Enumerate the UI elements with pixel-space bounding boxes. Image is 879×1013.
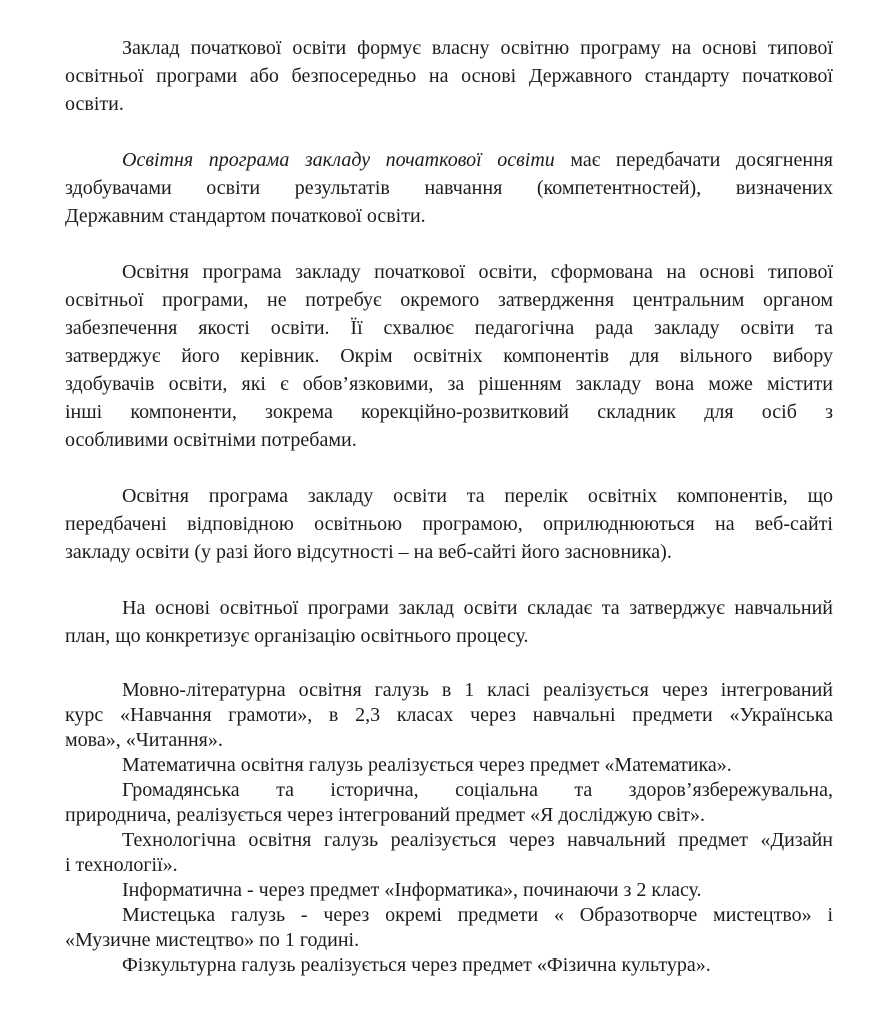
text-line: забезпечення якості освіти. Її схвалює п… [65,314,833,342]
text-line: освіти. [65,90,833,118]
text-line: план, що конкретизує організацію освітнь… [65,622,833,650]
paragraph-1: Заклад початкової освіти формує власну о… [65,34,833,118]
text-segment: освітньої програми або безпосередньо на … [65,65,833,87]
text-line: курс «Навчання грамоти», в 2,3 класах че… [65,703,833,728]
text-segment: Освітня програма закладу освіти та перел… [122,485,833,507]
text-segment: закладу освіти (у разі його відсутності … [65,541,672,563]
text-line: природнича, реалізується через інтегрова… [65,803,833,828]
text-segment: забезпечення якості освіти. Її схвалює п… [65,317,833,339]
text-line: Освітня програма закладу початкової осві… [65,258,833,286]
text-line: здобувачів освіти, які є обов’язковими, … [65,370,833,398]
text-segment: інші компоненти, зокрема корекційно-розв… [65,401,833,423]
text-line: Технологічна освітня галузь реалізується… [65,828,833,853]
text-line: освітньої програми або безпосередньо на … [65,62,833,90]
text-line: Мистецька галузь - через окремі предмети… [65,903,833,928]
text-line: освітньої програми, не потребує окремого… [65,286,833,314]
text-segment: Мовно-літературна освітня галузь в 1 кла… [122,679,833,701]
text-line: і технології». [65,853,833,878]
text-segment: курс «Навчання грамоти», в 2,3 класах че… [65,704,833,726]
paragraph-10: Інформатична - через предмет «Інформатик… [65,878,833,903]
document-text-block: Заклад початкової освіти формує власну о… [65,34,833,978]
text-segment: мова», «Читання». [65,729,223,751]
text-line: здобувачами освіти результатів навчання … [65,174,833,202]
text-line: Державним стандартом початкової освіти. [65,202,833,230]
text-segment: має передбачати досягнення [555,149,833,171]
text-line: Освітня програма закладу початкової осві… [65,146,833,174]
text-line: Інформатична - через предмет «Інформатик… [65,878,833,903]
paragraph-3: Освітня програма закладу початкової осві… [65,258,833,454]
text-segment: Заклад початкової освіти формує власну о… [122,37,833,59]
text-line: Фізкультурна галузь реалізується через п… [65,953,833,978]
text-line: На основі освітньої програми заклад осві… [65,594,833,622]
paragraph-5: На основі освітньої програми заклад осві… [65,594,833,650]
text-segment: освіти. [65,93,124,115]
paragraph-12: Фізкультурна галузь реалізується через п… [65,953,833,978]
text-segment: і технології». [65,854,178,876]
text-line: передбачені відповідною освітньою програ… [65,510,833,538]
text-segment: здобувачами освіти результатів навчання … [65,177,833,199]
text-segment: Математична освітня галузь реалізується … [122,754,732,776]
paragraph-9: Технологічна освітня галузь реалізується… [65,828,833,878]
italic-text-segment: Освітня програма закладу початкової осві… [122,149,555,171]
text-segment: затверджує його керівник. Окрім освітніх… [65,345,833,367]
text-segment: Технологічна освітня галузь реалізується… [122,829,833,851]
paragraph-2: Освітня програма закладу початкової осві… [65,146,833,230]
text-segment: природнича, реалізується через інтегрова… [65,804,705,826]
text-line: «Музичне мистецтво» по 1 годині. [65,928,833,953]
text-segment: «Музичне мистецтво» по 1 годині. [65,929,359,951]
text-line: Математична освітня галузь реалізується … [65,753,833,778]
text-segment: Державним стандартом початкової освіти. [65,205,426,227]
text-segment: здобувачів освіти, які є обов’язковими, … [65,373,833,395]
text-segment: особливими освітніми потребами. [65,429,357,451]
text-line: мова», «Читання». [65,728,833,753]
text-line: Освітня програма закладу освіти та перел… [65,482,833,510]
text-segment: Фізкультурна галузь реалізується через п… [122,954,711,976]
text-segment: план, що конкретизує організацію освітнь… [65,625,529,647]
text-segment: На основі освітньої програми заклад осві… [122,597,833,619]
text-segment: Освітня програма закладу початкової осві… [122,261,833,283]
paragraph-7: Математична освітня галузь реалізується … [65,753,833,778]
text-line: Заклад початкової освіти формує власну о… [65,34,833,62]
paragraph-8: Громадянська та історична, соціальна та … [65,778,833,828]
text-segment: Мистецька галузь - через окремі предмети… [122,904,833,926]
text-segment: Громадянська та історична, соціальна та … [122,779,833,801]
document-page: Заклад початкової освіти формує власну о… [0,0,879,1013]
text-line: Громадянська та історична, соціальна та … [65,778,833,803]
paragraph-11: Мистецька галузь - через окремі предмети… [65,903,833,953]
text-line: інші компоненти, зокрема корекційно-розв… [65,398,833,426]
paragraph-4: Освітня програма закладу освіти та перел… [65,482,833,566]
text-line: Мовно-літературна освітня галузь в 1 кла… [65,678,833,703]
text-line: особливими освітніми потребами. [65,426,833,454]
text-segment: Інформатична - через предмет «Інформатик… [122,879,702,901]
text-line: закладу освіти (у разі його відсутності … [65,538,833,566]
paragraph-6: Мовно-літературна освітня галузь в 1 кла… [65,678,833,753]
text-segment: передбачені відповідною освітньою програ… [65,513,833,535]
text-segment: освітньої програми, не потребує окремого… [65,289,833,311]
text-line: затверджує його керівник. Окрім освітніх… [65,342,833,370]
